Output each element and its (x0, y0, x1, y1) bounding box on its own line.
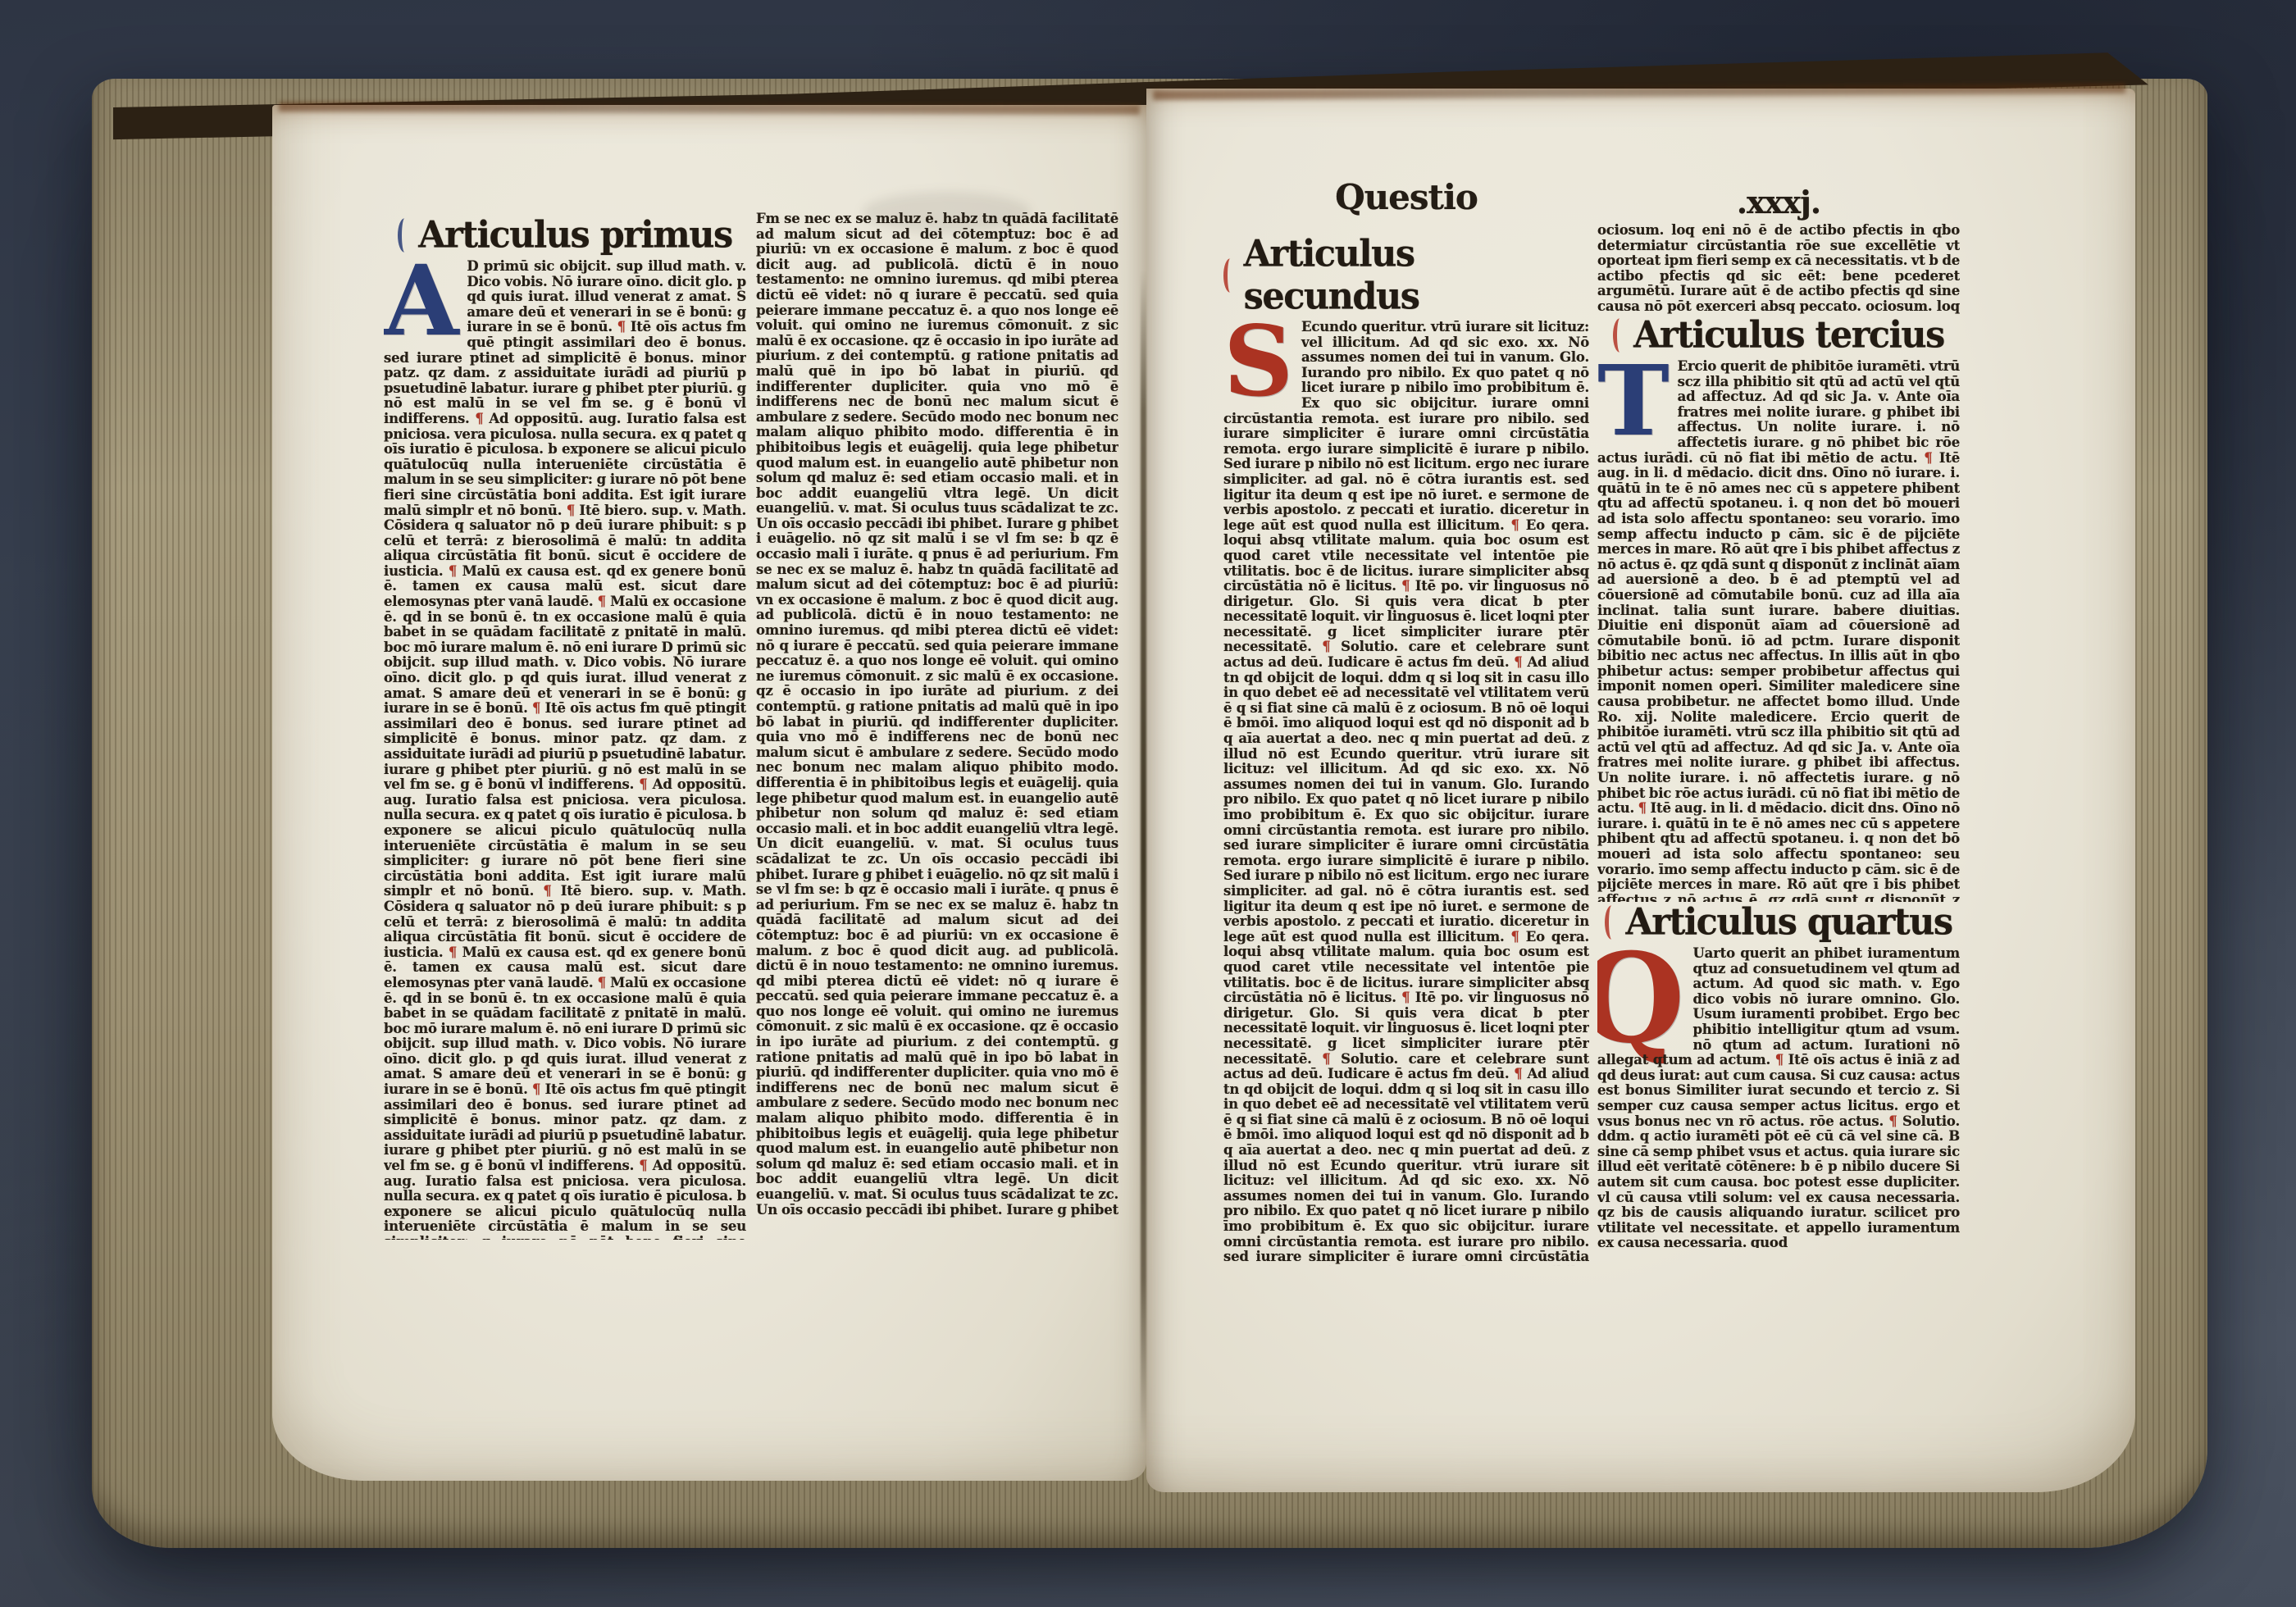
blackletter-text: Ecundo queritur. vtrū iurare sit licituz… (1223, 320, 1589, 1266)
heading-articulus-quartus: Articulus quartus (1597, 901, 1960, 944)
blackletter-text: D primū sic obijcit. sup illud math. v. … (384, 259, 746, 1240)
body-text-block: ociosum. loq eni nō ē de actibo pfectis … (1597, 223, 1960, 315)
blackletter-text: ociosum. loq eni nō ē de actibo pfectis … (1597, 223, 1960, 315)
body-text-block: SEcundo queritur. vtrū iurare sit licitu… (1223, 320, 1589, 1266)
illuminated-initial-a: A (384, 259, 467, 339)
right-page-column-1: Articulus secundus SEcundo queritur. vtr… (1223, 234, 1589, 1266)
body-text-block: QUarto querit an phibet iuramentum qtuz … (1597, 946, 1960, 1248)
running-header-questio: Questio (1223, 177, 1589, 217)
left-page-column-2: Fm se nec ex se maluz ē. habz tn quādā f… (756, 212, 1118, 1218)
body-text-block: AD primū sic obijcit. sup illud math. v.… (384, 259, 746, 1240)
rubric-flourish (1605, 905, 1619, 940)
heading-articulus-secundus: Articulus secundus (1223, 233, 1589, 318)
rubric-flourish (1613, 318, 1627, 353)
illuminated-initial-q: Q (1597, 946, 1692, 1048)
blackletter-text: Fm se nec ex se maluz ē. habz tn quādā f… (756, 212, 1118, 1218)
running-header-folio: .xxxj. (1597, 184, 1960, 221)
illuminated-initial-t: T (1597, 359, 1678, 439)
rubric-flourish (1223, 258, 1237, 293)
heading-articulus-primus: Articulus primus (384, 214, 746, 257)
illuminated-initial-s: S (1223, 320, 1301, 400)
right-page-column-2: ociosum. loq eni nō ē de actibo pfectis … (1597, 223, 1960, 1248)
gutter-fold (1141, 271, 1146, 1443)
left-page-column-1: Articulus primus AD primū sic obijcit. s… (384, 215, 746, 1240)
body-text-block: TErcio querit de phibitōe iuramēti. vtrū… (1597, 359, 1960, 902)
rubric-flourish (398, 218, 412, 253)
body-text-block: Fm se nec ex se maluz ē. habz tn quādā f… (756, 212, 1118, 1218)
heading-articulus-tercius: Articulus tercius (1597, 314, 1960, 357)
